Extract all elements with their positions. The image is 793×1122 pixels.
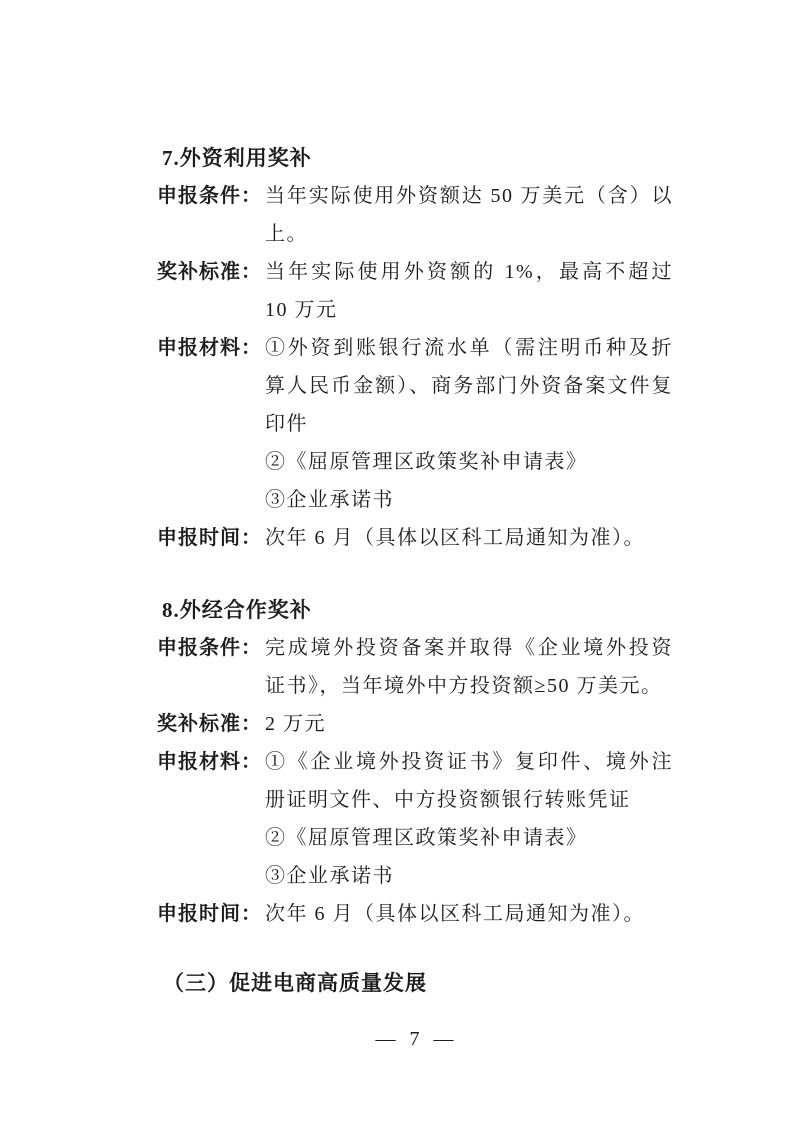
field-label: 申报材料： (157, 743, 265, 895)
field-value: 2 万元 (265, 705, 673, 743)
field-row: 奖补标准： 当年实际使用外资额的 1%，最高不超过 10 万元 (157, 253, 673, 329)
field-value: 次年 6 月（具体以区科工局通知为准）。 (265, 895, 673, 933)
field-row: 申报条件： 当年实际使用外资额达 50 万美元（含）以上。 (157, 177, 673, 253)
value-line: 完成境外投资备案并取得《企业境外投资证书》，当年境外中方投资额≥50 万美元。 (265, 629, 673, 705)
section-foreign-capital-subsidy: 7.外资利用奖补 申报条件： 当年实际使用外资额达 50 万美元（含）以上。 奖… (157, 139, 673, 557)
value-line: ②《屈原管理区政策奖补申请表》 (265, 443, 673, 481)
footer-page-number: 7 (410, 1028, 420, 1050)
field-label: 申报材料： (157, 329, 265, 519)
section-heading: 7.外资利用奖补 (162, 139, 673, 177)
section-heading: 8.外经合作奖补 (162, 591, 673, 629)
subsection-heading: （三）促进电商高质量发展 (163, 964, 673, 1002)
field-row: 申报时间： 次年 6 月（具体以区科工局通知为准）。 (157, 895, 673, 933)
field-value: 完成境外投资备案并取得《企业境外投资证书》，当年境外中方投资额≥50 万美元。 (265, 629, 673, 705)
field-value: 当年实际使用外资额达 50 万美元（含）以上。 (265, 177, 673, 253)
value-line: ①外资到账银行流水单（需注明币种及折算人民币金额）、商务部门外资备案文件复印件 (265, 329, 673, 443)
value-line: 当年实际使用外资额达 50 万美元（含）以上。 (265, 177, 673, 253)
field-label: 申报时间： (157, 895, 265, 933)
field-label: 申报条件： (157, 177, 265, 253)
value-line: 次年 6 月（具体以区科工局通知为准）。 (265, 519, 673, 557)
field-value: 次年 6 月（具体以区科工局通知为准）。 (265, 519, 673, 557)
footer-dash-left: — (376, 1028, 396, 1050)
field-row: 申报条件： 完成境外投资备案并取得《企业境外投资证书》，当年境外中方投资额≥50… (157, 629, 673, 705)
field-value: ①外资到账银行流水单（需注明币种及折算人民币金额）、商务部门外资备案文件复印件 … (265, 329, 673, 519)
value-line: ③企业承诺书 (265, 857, 673, 895)
document-page: 7.外资利用奖补 申报条件： 当年实际使用外资额达 50 万美元（含）以上。 奖… (0, 0, 793, 1122)
page-footer: —7— (0, 1026, 793, 1052)
value-line: 2 万元 (265, 705, 673, 743)
value-line: ②《屈原管理区政策奖补申请表》 (265, 819, 673, 857)
section-foreign-cooperation-subsidy: 8.外经合作奖补 申报条件： 完成境外投资备案并取得《企业境外投资证书》，当年境… (157, 591, 673, 933)
document-content: 7.外资利用奖补 申报条件： 当年实际使用外资额达 50 万美元（含）以上。 奖… (157, 139, 673, 1002)
value-line: 当年实际使用外资额的 1%，最高不超过 10 万元 (265, 253, 673, 329)
field-label: 申报时间： (157, 519, 265, 557)
value-line: ③企业承诺书 (265, 481, 673, 519)
field-row: 申报时间： 次年 6 月（具体以区科工局通知为准）。 (157, 519, 673, 557)
field-value: ①《企业境外投资证书》复印件、境外注册证明文件、中方投资额银行转账凭证 ②《屈原… (265, 743, 673, 895)
page-footer-inner: —7— (376, 1028, 454, 1050)
value-line: 次年 6 月（具体以区科工局通知为准）。 (265, 895, 673, 933)
field-value: 当年实际使用外资额的 1%，最高不超过 10 万元 (265, 253, 673, 329)
value-line: ①《企业境外投资证书》复印件、境外注册证明文件、中方投资额银行转账凭证 (265, 743, 673, 819)
field-label: 申报条件： (157, 629, 265, 705)
field-label: 奖补标准： (157, 705, 265, 743)
footer-dash-right: — (434, 1028, 454, 1050)
field-row: 申报材料： ①《企业境外投资证书》复印件、境外注册证明文件、中方投资额银行转账凭… (157, 743, 673, 895)
field-label: 奖补标准： (157, 253, 265, 329)
field-row: 申报材料： ①外资到账银行流水单（需注明币种及折算人民币金额）、商务部门外资备案… (157, 329, 673, 519)
field-row: 奖补标准： 2 万元 (157, 705, 673, 743)
